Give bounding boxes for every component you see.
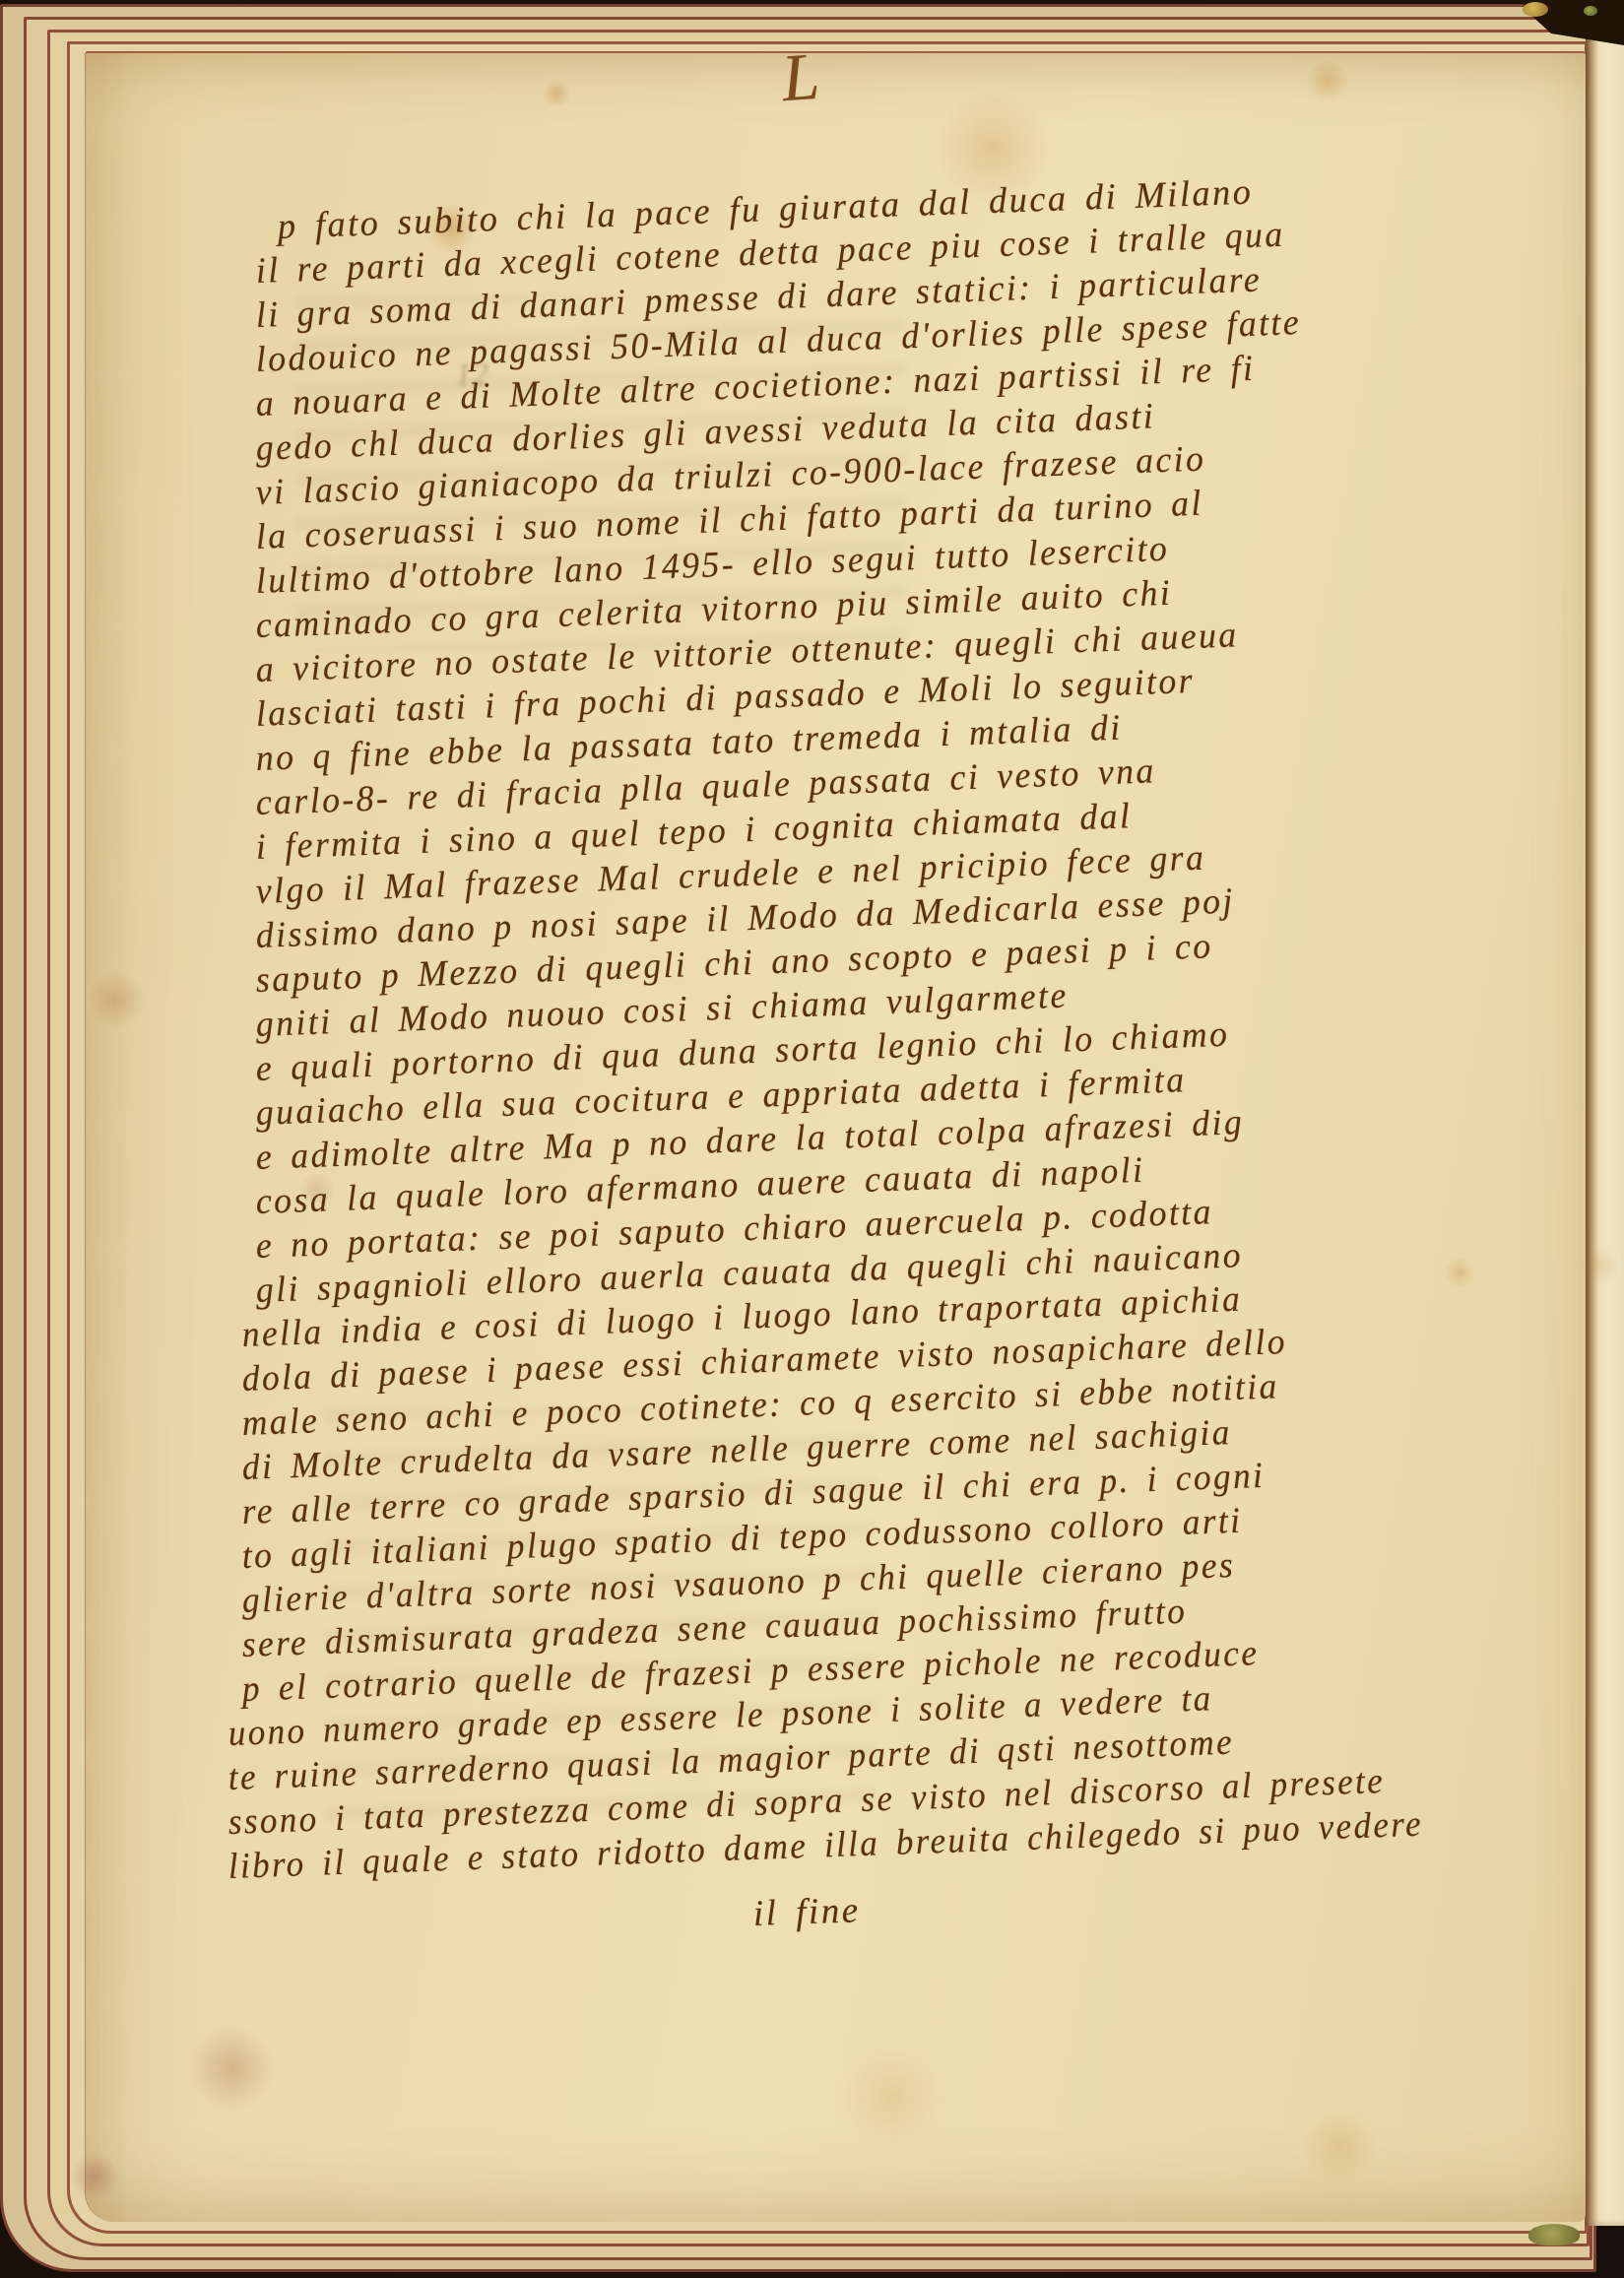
headband-green-thread: [1584, 6, 1597, 16]
adjacent-page-edge: [1586, 0, 1624, 2226]
text-block: p fato subito chi la pace fu giurata dal…: [256, 205, 1576, 1936]
headband-gold-thread: [1523, 2, 1548, 17]
manuscript-lines: p fato subito chi la pace fu giurata dal…: [256, 205, 1576, 1889]
tailband-thread: [1528, 2224, 1580, 2245]
folio-number: L: [780, 42, 821, 111]
manuscript-photo: 12 L p fato subito chi la pace fu giurat…: [0, 0, 1624, 2278]
